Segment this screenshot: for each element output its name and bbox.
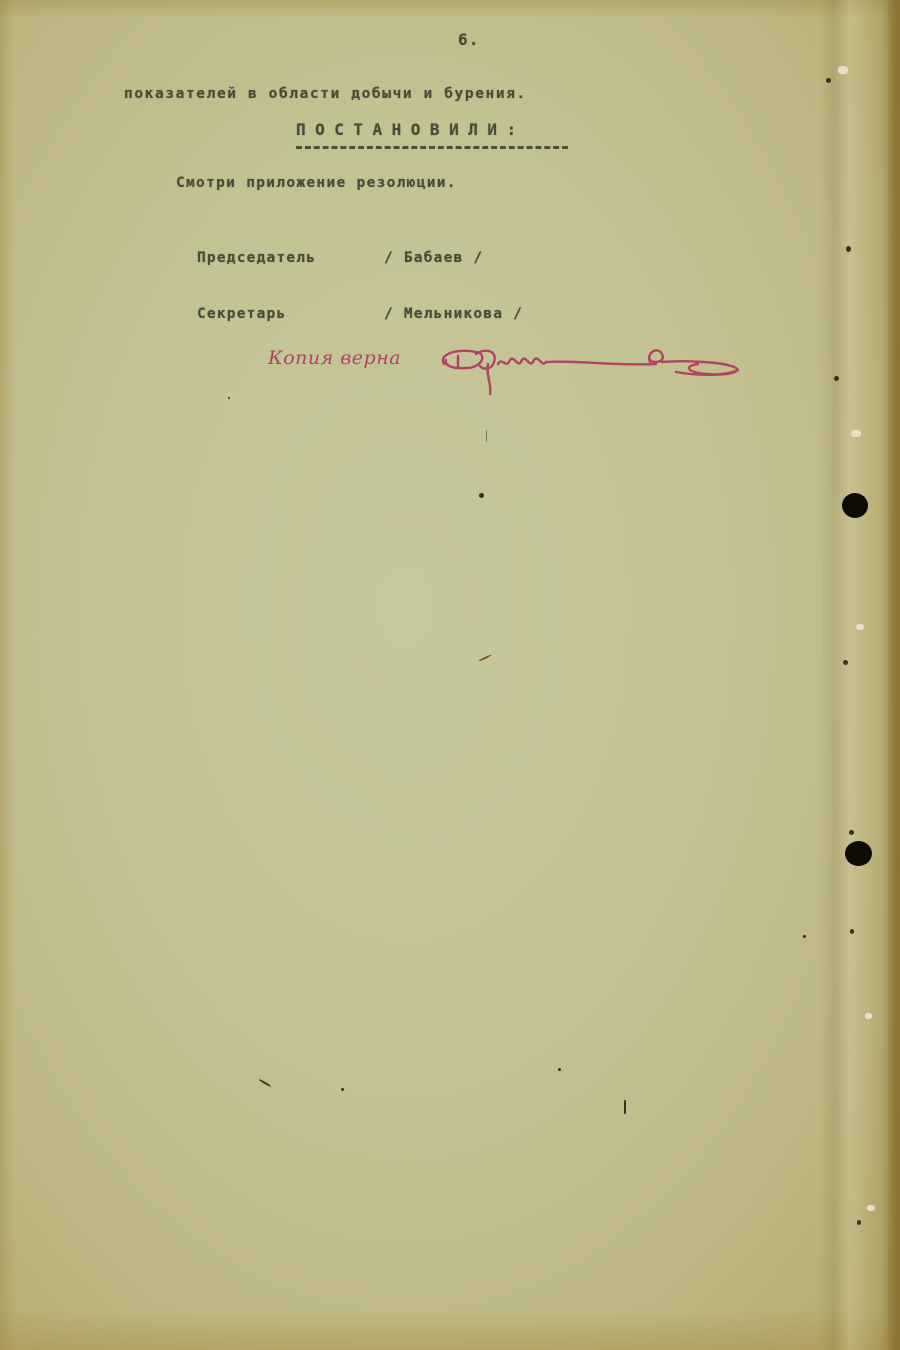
page-number: 6. — [458, 30, 480, 49]
paper-speck — [803, 935, 806, 938]
puncture-mark — [857, 1220, 861, 1225]
page-edge-shadow — [888, 0, 900, 1350]
document-page: 6. показателей в области добычи и бурени… — [0, 0, 900, 1350]
paper-speck — [624, 1100, 626, 1114]
chairman-label: Председатель — [197, 250, 316, 266]
puncture-mark — [865, 1013, 872, 1019]
puncture-mark — [826, 78, 831, 83]
paper-speck — [479, 493, 484, 498]
see-appendix-line: Смотри приложение резолюции. — [176, 175, 457, 191]
puncture-mark — [850, 929, 854, 934]
puncture-mark — [846, 246, 851, 252]
puncture-mark — [838, 66, 848, 74]
signature-icon — [436, 342, 746, 402]
heading-underline — [296, 146, 568, 149]
puncture-mark — [856, 624, 864, 630]
binding-hole — [845, 841, 872, 866]
paper-speck — [228, 397, 230, 399]
puncture-mark — [843, 660, 848, 665]
paper-speck — [558, 1068, 561, 1071]
paper-speck — [478, 654, 492, 662]
certified-copy-note: Копия верна — [268, 347, 401, 369]
puncture-mark — [834, 376, 839, 381]
puncture-mark — [867, 1205, 875, 1211]
binding-hole — [842, 493, 868, 518]
resolved-heading: ПОСТАНОВИЛИ: — [296, 120, 526, 139]
puncture-mark — [851, 430, 861, 437]
paper-speck — [341, 1088, 344, 1091]
secretary-label: Секретарь — [197, 306, 286, 322]
paper-speck — [486, 430, 487, 442]
chairman-name: / Бабаев / — [384, 250, 483, 266]
secretary-name: / Мельникова / — [384, 306, 523, 322]
puncture-mark — [849, 830, 854, 835]
intro-line: показателей в области добычи и бурения. — [124, 86, 527, 102]
paper-speck — [258, 1079, 271, 1088]
